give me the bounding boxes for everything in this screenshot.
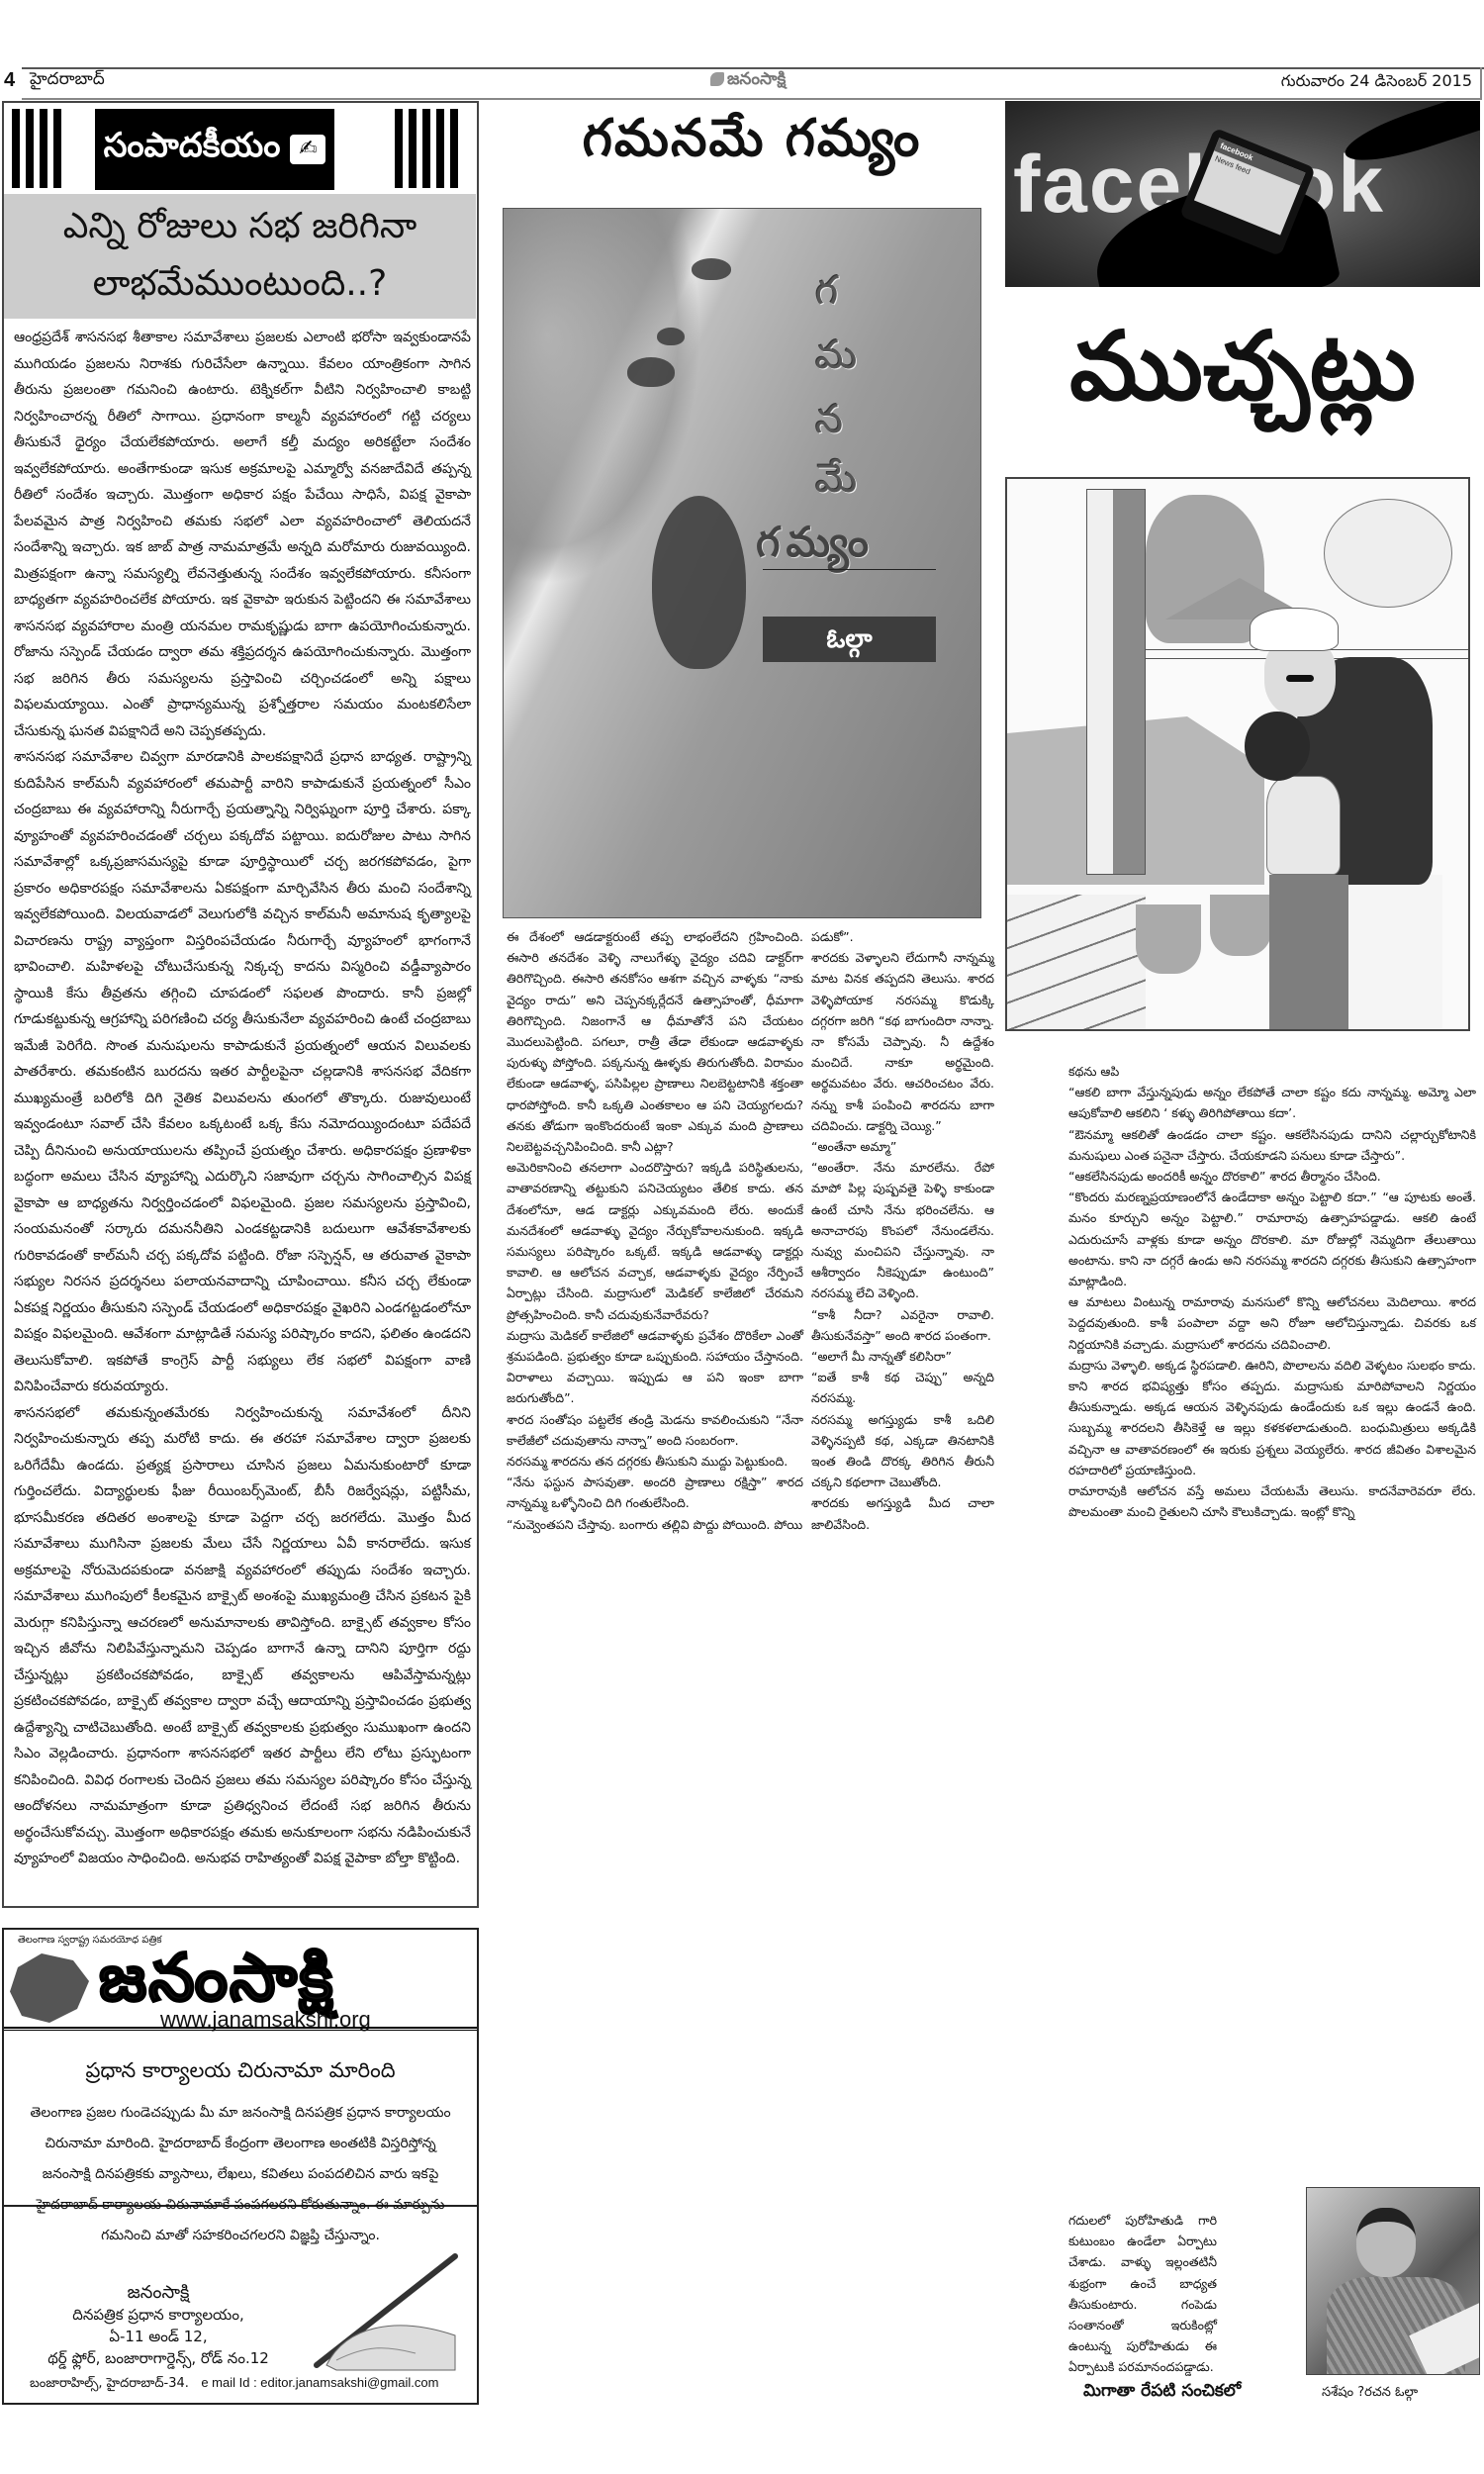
continued-note: మిగాతా రేపటి సంచికలో xyxy=(1083,2381,1241,2405)
footprint-icon xyxy=(652,496,746,669)
flower-pot-icon xyxy=(1210,895,1271,956)
story-illustration xyxy=(1005,477,1470,1031)
story-paragraph: “అలాగే మీ నాన్నతో కలిసిరా” xyxy=(811,1346,994,1367)
notice-line: తెలంగాణ ప్రజల గుండెచప్పుడు మీ మా జనంసాక్… xyxy=(10,2098,471,2129)
office-address: జనంసాక్షి దినపత్రిక ప్రధాన కార్యాలయం, ఏ-… xyxy=(10,2282,307,2369)
girl-head xyxy=(1245,712,1310,781)
tree-icon xyxy=(1146,495,1264,643)
telangana-map-icon xyxy=(10,1953,89,2023)
story-paragraph: మద్రాసు మెడికల్ కాలేజిలో ఆడవాళ్ళకు ప్రవే… xyxy=(507,1325,803,1409)
book-cover-image: గ మ న మే గమ్యం ఓల్గా xyxy=(503,208,981,918)
story-paragraph: “ఔనమ్మా ఆకలితో ఉండడం చాలా కష్టం. ఆకలేసిన… xyxy=(1068,1124,1476,1166)
ad-divider xyxy=(4,2027,477,2031)
girl-body xyxy=(1266,776,1341,875)
cover-author: ఓల్గా xyxy=(763,617,936,662)
story-paragraph: కథను ఆపి xyxy=(1068,1061,1476,1082)
issue-date: గురువారం 24 డిసెంబర్ 2015 xyxy=(1281,71,1472,94)
story-paragraph: రామారావుకి ఆలోచన వస్తే అమలు చేయటమే తెలుస… xyxy=(1068,1480,1476,1522)
masthead: జనంసాక్షి xyxy=(710,69,786,93)
story-paragraph: ఈ దేశంలో ఆడడాక్టరుంటే తప్ప లాభంలేదని గ్ర… xyxy=(507,926,803,1157)
pen-icon: ✍ xyxy=(290,135,325,164)
flower-pot-icon xyxy=(1136,904,1201,974)
cover-letter: గ xyxy=(815,268,838,324)
header-right-rule xyxy=(1480,67,1482,100)
story-paragraph: అమెరికానించి తనలాగా ఎందరొస్తారు? ఇక్కడి … xyxy=(507,1157,803,1325)
story-paragraph: “ఆకలేసినపుడు అందరికీ అన్నం దొరకాలి” శారద… xyxy=(1068,1166,1476,1187)
editorial-paragraph: శాసనసభలో తమకున్నంతమేరకు నిర్వహించుకున్న … xyxy=(14,1400,471,1872)
author-face xyxy=(1356,2208,1416,2277)
email-link[interactable]: e mail Id : editor.janamsakshi@gmail.com xyxy=(201,2375,438,2390)
banner-stripes-left xyxy=(12,109,61,188)
serial-column-2: పడుకో”. శారదకు వెళ్ళాలని లేదుగానీ నాన్నమ… xyxy=(811,926,994,1535)
author-credit: సశేషం ?రచన ఓల్గా xyxy=(1322,2385,1418,2403)
editorial-banner: సంపాదకీయం ✍ xyxy=(4,105,476,192)
story-paragraph: శారద సంతోషం పట్టలేక తండ్రి మెడను కావలించ… xyxy=(507,1409,803,1451)
hand-with-pen-icon xyxy=(307,2246,465,2375)
story-paragraph: పడుకో”. xyxy=(811,926,994,947)
address-line: ఏ-11 అండ్ 12, xyxy=(10,2326,307,2347)
facebook-photo: facebook facebook News feed xyxy=(1005,101,1480,287)
cover-rule xyxy=(763,569,936,570)
page-header: 4 హైదరాబాద్ జనంసాక్షి గురువారం 24 డిసెంబ… xyxy=(0,69,1484,97)
footprint-icon xyxy=(627,357,675,387)
story-paragraph: “నేను ఫస్టున పాసవుతా. అందరి ప్రాణాలు రక్… xyxy=(507,1472,803,1513)
headline-line-1: ఎన్ని రోజులు సభ జరిగినా xyxy=(4,198,476,255)
story-paragraph: “అంతేనా అమ్మా” xyxy=(811,1136,994,1157)
story-paragraph: నరసమ్మ అగస్త్యుడు కాశీ ఒదిలి వెళ్ళినప్పట… xyxy=(811,1409,994,1493)
edition-city: హైదరాబాద్ xyxy=(30,69,105,93)
tree-icon xyxy=(1324,499,1452,608)
address-last-line: బంజారాహిల్స్, హైదరాబాద్-34. e mail Id : … xyxy=(30,2375,438,2394)
man-dhoti xyxy=(1334,875,1442,1031)
story-paragraph: మద్రాసు వెళ్ళాలి. అక్కడ స్థిరపడాలి. ఊరిన… xyxy=(1068,1355,1476,1480)
cover-letter: న xyxy=(815,397,843,452)
girl-skirt xyxy=(1269,875,1348,1031)
story-paragraph: శారదకు అగస్త్యుడి మీద చాలా జాలివేసింది. xyxy=(811,1492,994,1534)
serial-title: గమనమే గమ్యం xyxy=(524,109,979,181)
story-paragraph: “నువ్వెంతపని చేస్తావు. బంగారు తల్లివి పొ… xyxy=(507,1514,803,1535)
editorial-label: సంపాదకీయం ✍ xyxy=(95,109,334,190)
serial-column-1: ఈ దేశంలో ఆడడాక్టరుంటే తప్ప లాభంలేదని గ్ర… xyxy=(507,926,803,1535)
cover-letter: మ xyxy=(815,333,857,388)
address-line: బంజారాహిల్స్, హైదరాబాద్-34. xyxy=(30,2376,189,2391)
logo-icon xyxy=(710,72,724,86)
story-paragraph: ఆ మాటలు వింటున్న రామారావు మనసులో కొన్ని … xyxy=(1068,1291,1476,1355)
cover-letter: మే xyxy=(815,456,857,512)
story-paragraph: నరసమ్మ శారదను తన దగ్గరకు తీసుకుని ముద్దు… xyxy=(507,1451,803,1472)
moustache xyxy=(1286,675,1314,682)
ad-heading: ప్రధాన కార్యాలయ చిరునామా మారింది xyxy=(0,2058,481,2088)
notice-line: జనంసాక్షి దినపత్రికకు వ్యాసాలు, లేఖలు, క… xyxy=(10,2159,471,2190)
turban xyxy=(1250,608,1339,651)
editorial-paragraph: ఆంధ్రప్రదేశ్ శాసనసభ శీతాకాల సమావేశాలు ప్… xyxy=(14,325,471,744)
story-paragraph: “ఐతే కాశీ కథ చెప్పు” అన్నది నరసమ్మ. xyxy=(811,1367,994,1408)
pillar-shape xyxy=(1086,489,1146,875)
footprint-icon xyxy=(657,328,685,345)
story-paragraph: శారదకు వెళ్ళాలని లేదుగానీ నాన్నమ్మ మాట వ… xyxy=(811,947,994,1136)
feature-column-1: కథను ఆపి “ఆకలి బాగా వేస్తున్నపుడు అన్నం … xyxy=(1068,1061,1476,1522)
story-paragraph: “కొందరు మరణ్నప్రయాణంలోనే ఉండేదాకా అన్నం … xyxy=(1068,1187,1476,1291)
feature-column-2: గదులలో పురోహితుడి గారి కుటుంబం ఉండేలా ఏర… xyxy=(1068,2210,1217,2378)
masthead-text: జనంసాక్షి xyxy=(727,69,786,89)
headline-line-2: లాభమేముంటుంది..? xyxy=(4,255,476,313)
story-paragraph: “ఆకలి బాగా వేస్తున్నపుడు అన్నం లేకపోతే చ… xyxy=(1068,1082,1476,1123)
author-photo xyxy=(1306,2187,1480,2375)
feature-title: ముచ్చట్లు xyxy=(1005,297,1480,435)
editorial-label-text: సంపాదకీయం xyxy=(104,126,281,173)
editorial-paragraph: శాసనసభ సమావేశాల చివ్వగా మారడానికి పాలకపక… xyxy=(14,744,471,1400)
editorial-body: ఆంధ్రప్రదేశ్ శాసనసభ శీతాకాల సమావేశాలు ప్… xyxy=(14,325,471,1872)
cover-title-last-word: గమ్యం xyxy=(756,518,875,577)
address-line: దినపత్రిక ప్రధాన కార్యాలయం, xyxy=(10,2304,307,2326)
header-bottom-rule xyxy=(22,98,1482,100)
page-number: 4 xyxy=(4,69,15,92)
notice-line: చిరునామా మారింది. హైదరాబాద్ కేంద్రంగా తె… xyxy=(10,2129,471,2159)
steps-shape xyxy=(1007,895,1146,1031)
story-paragraph: “అంతేరా. నేను మారలేను. రేపో మాపో పిల్ల ప… xyxy=(811,1157,994,1303)
address-line: థర్డ్ ఫ్లోర్, బంజారాగార్డెన్స్, రోడ్ నం.… xyxy=(10,2347,307,2369)
address-org: జనంసాక్షి xyxy=(10,2282,307,2304)
story-paragraph: “కాశీ నీదా? ఎవరైనా రావాలి. తీసుకునేవస్తా… xyxy=(811,1304,994,1346)
footprint-icon xyxy=(692,258,731,280)
editorial-headline: ఎన్ని రోజులు సభ జరిగినా లాభమేముంటుంది..? xyxy=(4,194,476,319)
banner-stripes-right xyxy=(395,109,458,188)
